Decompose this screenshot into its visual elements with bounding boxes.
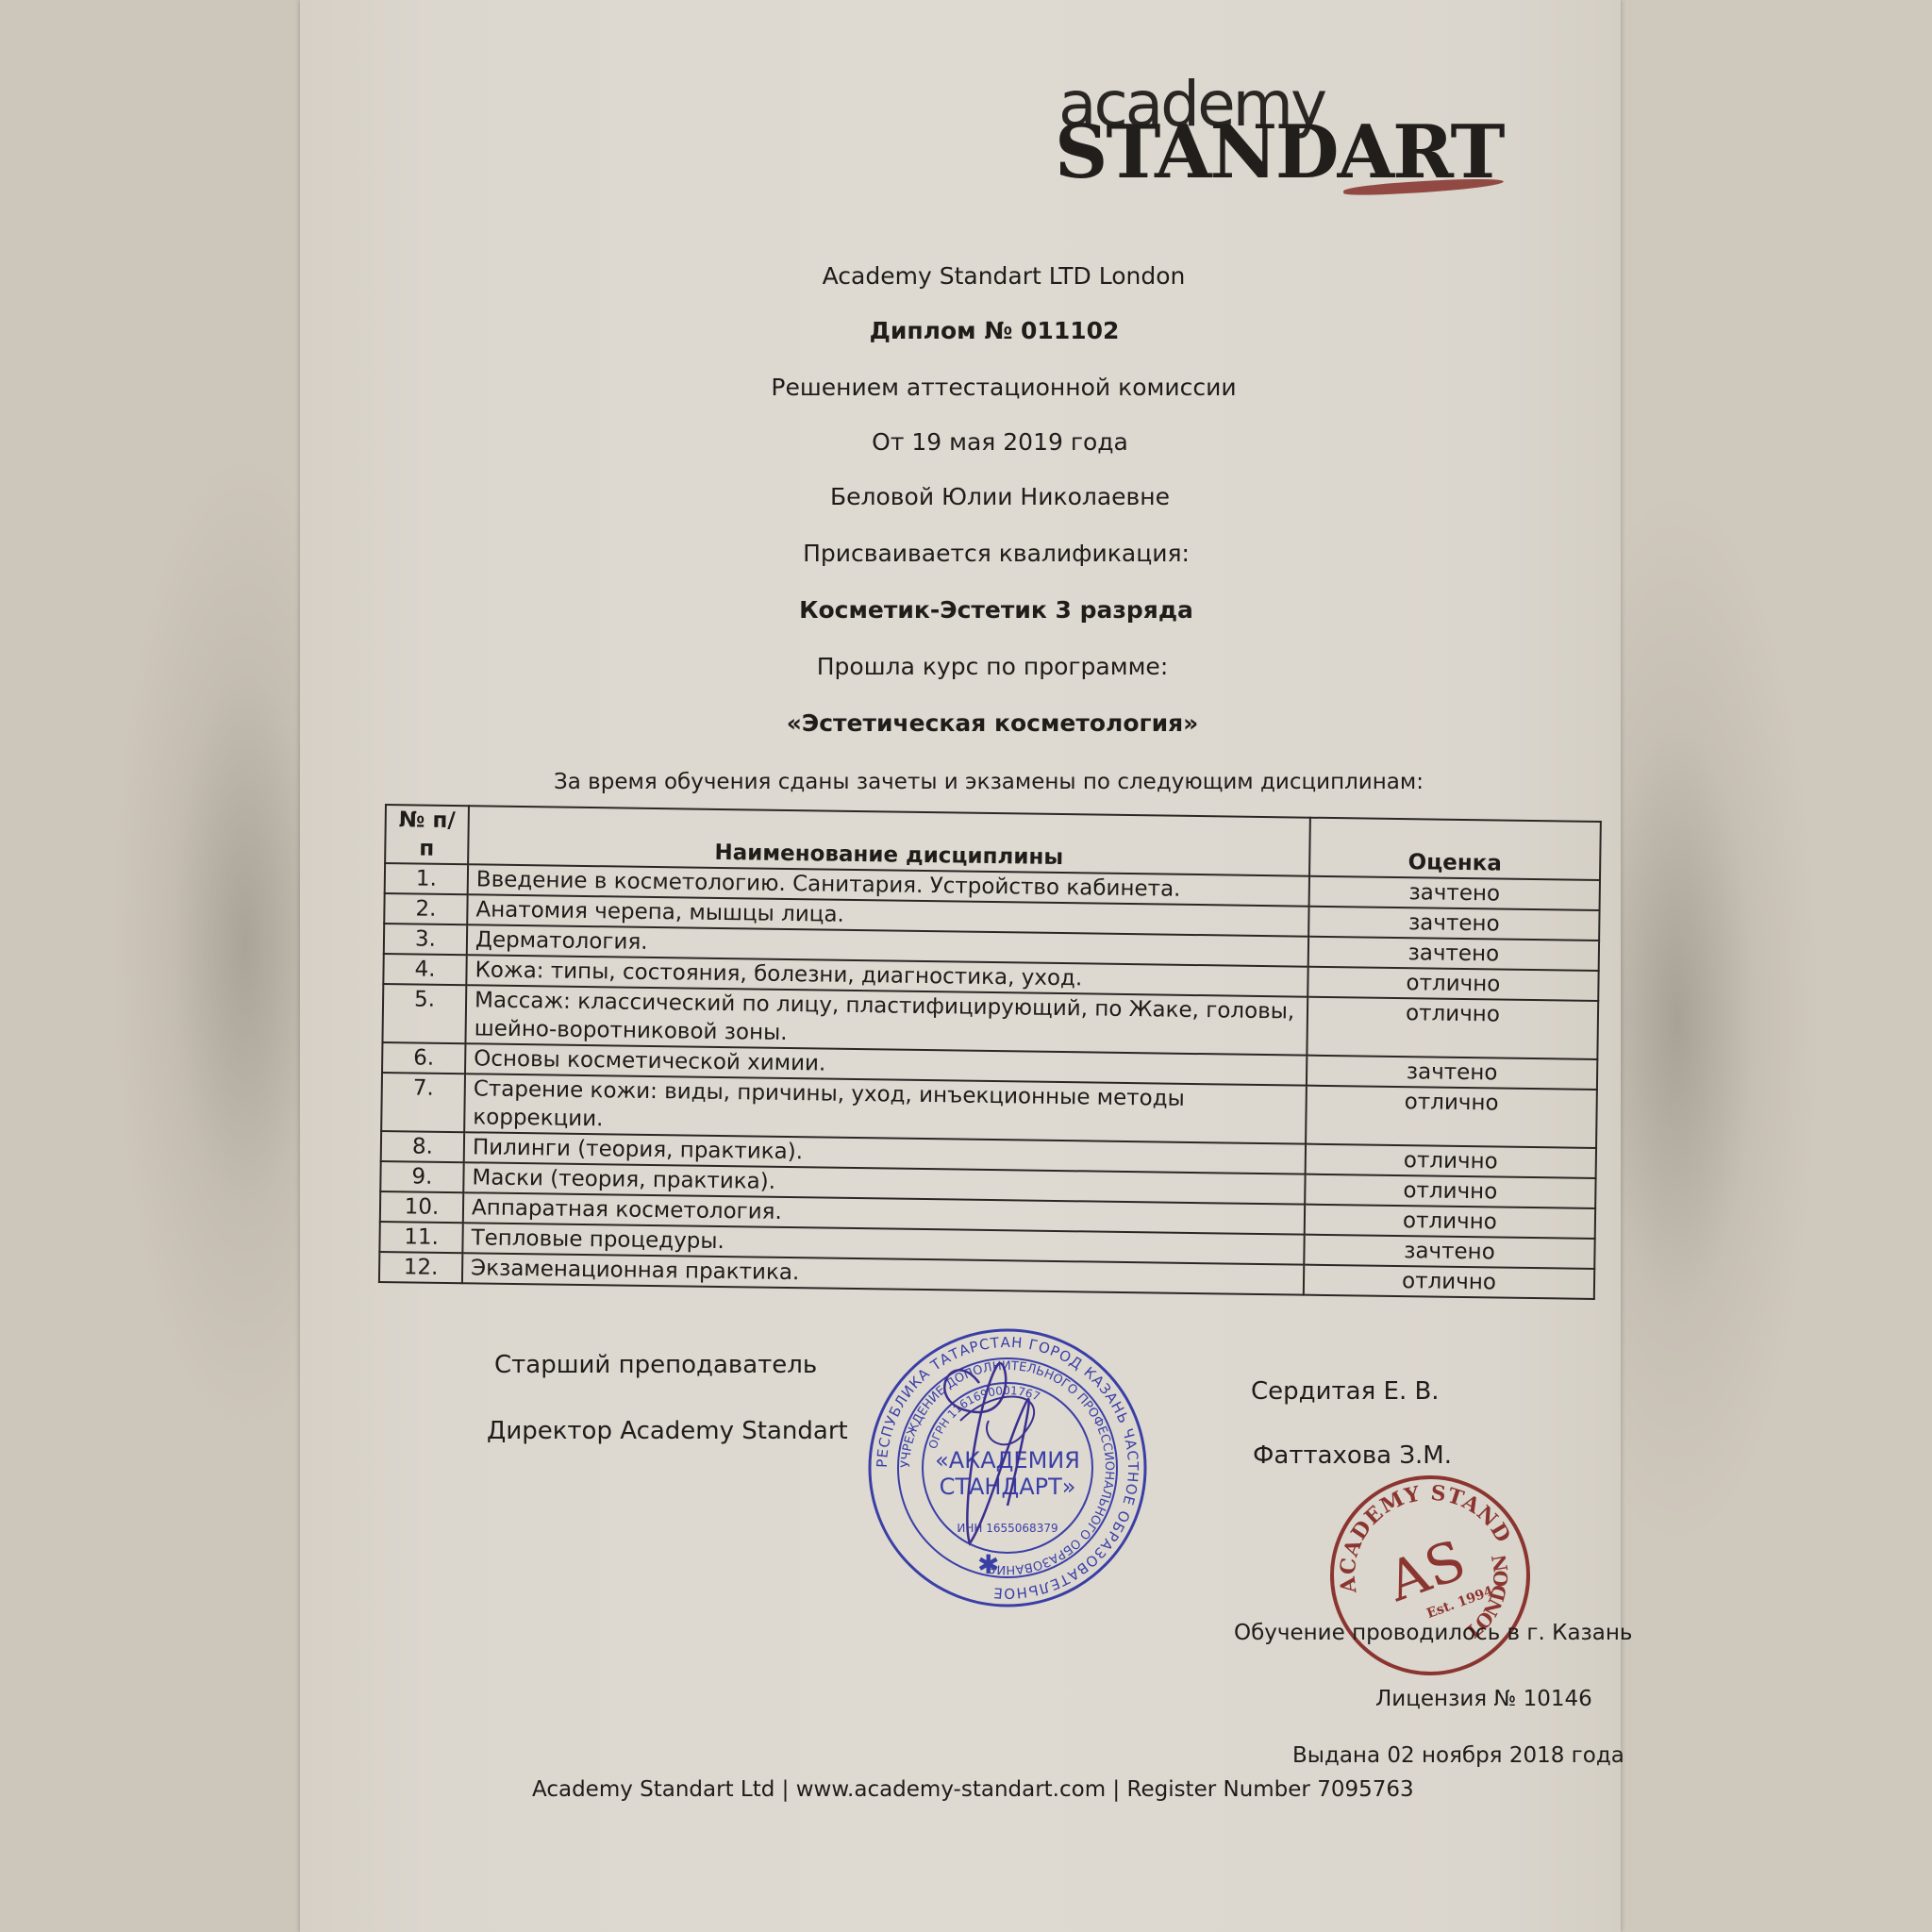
- disciplines-intro: За время обучения сданы зачеты и экзамен…: [23, 770, 1932, 794]
- company-footer-line: Academy Standart Ltd | www.academy-stand…: [532, 1777, 1414, 1802]
- row-number: 1.: [385, 863, 468, 894]
- row-grade: зачтено: [1308, 907, 1599, 941]
- row-grade: зачтено: [1309, 876, 1600, 910]
- diploma-number: Диплом № 011102: [28, 317, 1932, 344]
- svg-text:ИНН 1655068379: ИНН 1655068379: [957, 1522, 1058, 1535]
- recipient-name: Беловой Юлии Николаевне: [34, 483, 1932, 510]
- row-grade: отлично: [1304, 1265, 1594, 1299]
- signature-role-teacher: Старший преподаватель: [494, 1351, 817, 1379]
- row-number: 8.: [381, 1131, 464, 1162]
- org-name: Academy Standart LTD London: [38, 262, 1932, 290]
- red-academy-stamp-icon: ACADEMY STANDART LONDON AS Est. 1994: [1326, 1472, 1534, 1679]
- qualification-value: Косметик-Эстетик 3 разряда: [30, 596, 1932, 624]
- background-left: [0, 0, 302, 1932]
- row-number: 9.: [380, 1161, 463, 1192]
- row-grade: зачтено: [1308, 937, 1599, 971]
- qualification-label: Присваивается квалификация:: [30, 540, 1932, 567]
- training-location: Обучение проводилось в г. Казань: [1234, 1621, 1632, 1645]
- course-label: Прошла курс по программе:: [26, 653, 1932, 680]
- row-number: 7.: [381, 1073, 465, 1132]
- signature-role-director: Директор Academy Standart: [487, 1417, 848, 1445]
- course-name: «Эстетическая косметология»: [26, 709, 1932, 737]
- signature-name-director: Фаттахова З.М.: [1253, 1441, 1452, 1470]
- signature-name-teacher: Сердитая Е. В.: [1251, 1377, 1440, 1406]
- row-number: 12.: [379, 1252, 462, 1283]
- blue-official-stamp-icon: РЕСПУБЛИКА ТАТАРСТАН ГОРОД КАЗАНЬ ЧАСТНО…: [866, 1326, 1149, 1609]
- license-issue-date: Выдана 02 ноября 2018 года: [1292, 1743, 1624, 1768]
- svg-text:✱: ✱: [977, 1549, 999, 1580]
- row-grade: зачтено: [1304, 1235, 1594, 1269]
- disciplines-table: № п/п Наименование дисциплины Оценка 1.В…: [378, 804, 1602, 1300]
- row-grade: отлично: [1306, 1144, 1596, 1178]
- row-number: 4.: [383, 954, 466, 985]
- row-grade: отлично: [1307, 997, 1598, 1059]
- row-grade: отлично: [1305, 1174, 1595, 1208]
- row-number: 2.: [384, 893, 467, 924]
- license-number: Лицензия № 10146: [1375, 1687, 1592, 1711]
- row-number: 6.: [382, 1042, 465, 1074]
- row-grade: отлично: [1307, 967, 1598, 1001]
- row-grade: зачтено: [1307, 1056, 1597, 1090]
- header-num: № п/п: [385, 805, 469, 864]
- row-grade: отлично: [1305, 1205, 1595, 1239]
- row-number: 5.: [382, 984, 466, 1043]
- decision-date: От 19 мая 2019 года: [34, 428, 1932, 456]
- row-number: 11.: [379, 1222, 462, 1253]
- row-grade: отлично: [1306, 1086, 1597, 1148]
- header-grade: Оценка: [1309, 818, 1601, 880]
- row-number: 10.: [380, 1191, 463, 1223]
- background-right: [1621, 0, 1932, 1932]
- row-number: 3.: [384, 924, 467, 955]
- svg-text:СТАНДАРТ»: СТАНДАРТ»: [940, 1474, 1076, 1500]
- decision-text: Решением аттестационной комиссии: [38, 374, 1932, 401]
- academy-standart-logo: academy STANDART: [1055, 81, 1507, 204]
